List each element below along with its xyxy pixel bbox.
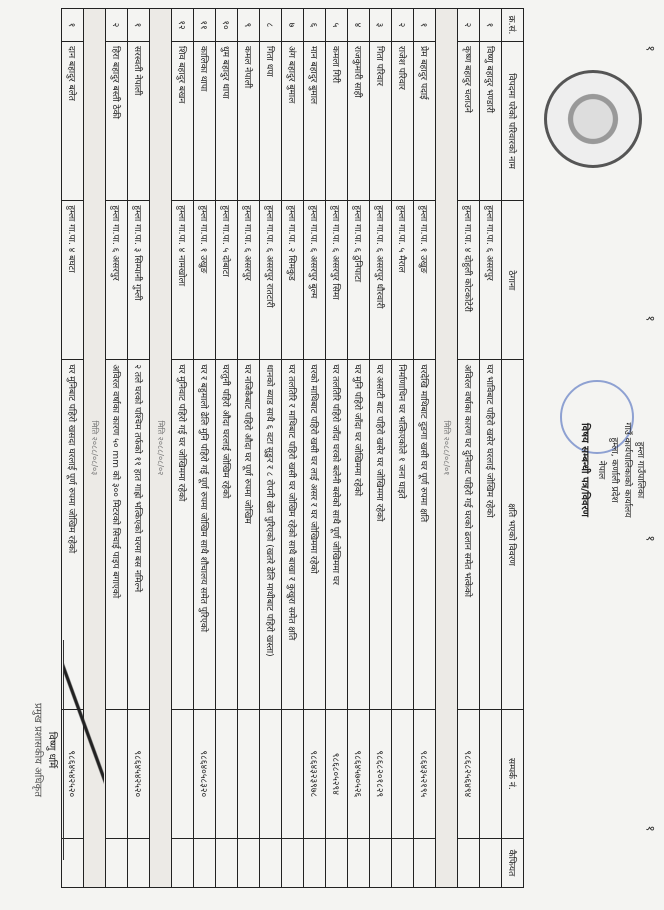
contact-number-cell: ९८६४३२३९७८ xyxy=(304,709,326,838)
serial-number-cell: ११ xyxy=(194,9,216,42)
damage-description-cell: घर असाटी बाट पहिरो खसेर घर जोखिममा रहेको xyxy=(370,360,392,709)
damage-description-cell: घर तलतिरि पहिरो जाँदा घरको बलेनी बसेको स… xyxy=(326,360,348,709)
serial-number-cell: १ xyxy=(480,9,502,42)
table-header-row: क्र.सं. विपदमा परेकाे परिवारको नाम ठेगान… xyxy=(502,9,524,888)
serial-number-cell: १ xyxy=(128,9,150,42)
family-name-cell: सरस्वती नेपाली xyxy=(128,42,150,201)
damage-description-cell: निर्माणाधिन घर भत्किएकोले १ जना घाइते xyxy=(392,360,414,709)
address-cell: हुम्ला गा.पा. ६ असरपुर सिमा xyxy=(326,201,348,360)
date-separator-row: मिति २०८८/०८/०२ xyxy=(150,9,172,888)
serial-number-cell: २ xyxy=(458,9,480,42)
damage-table: क्र.सं. विपदमा परेकाे परिवारको नाम ठेगान… xyxy=(61,8,524,888)
family-name-cell: गिता धपा xyxy=(260,42,282,201)
address-cell: हुम्ला गा.पा. १ उखुङ xyxy=(414,201,436,360)
table-row: १२शिव बहादुर बखनहुम्ला गा.पा. ४ नामखोलाघ… xyxy=(172,9,194,888)
serial-number-cell: १० xyxy=(216,9,238,42)
damage-description-cell: घरदेखि माथिबाट दुङगा खसी घर पूर्ण रुपमा … xyxy=(414,360,436,709)
contact-number-cell: ९८६४३५२१९५ xyxy=(414,709,436,838)
table-body: १विष्णु बहादुर भण्डारीहुम्ला गा.पा. ६ अस… xyxy=(62,9,502,888)
address-cell: हुम्ला गा.पा. ६ असरपुर xyxy=(106,201,128,360)
serial-number-cell: ८ xyxy=(260,9,282,42)
contact-number-cell xyxy=(216,709,238,838)
family-name-cell: कृष्ण बहादुर चलाउने xyxy=(458,42,480,201)
table-row: ४राजकुमारी साहीहुम्ला गा.पा. ६ ठुनिपाटाघ… xyxy=(348,9,370,888)
serial-number-cell: १२ xyxy=(172,9,194,42)
serial-number-cell: ३ xyxy=(370,9,392,42)
remarks-cell xyxy=(172,838,194,887)
signatory-name: विष्णु धर्मि xyxy=(46,640,60,860)
family-name-cell: गिता परिवार xyxy=(370,42,392,201)
remarks-cell xyxy=(392,838,414,887)
family-name-cell: शिव बहादुर बखन xyxy=(172,42,194,201)
address-cell: हुम्ला गा.पा. ४ नामखोला xyxy=(172,201,194,360)
remarks-cell xyxy=(414,838,436,887)
serial-number-cell: ५ xyxy=(326,9,348,42)
date-label: मिति २०८८/०८/०२ xyxy=(150,9,172,888)
damage-description-cell: घर नजिकैबाट पहिरो औदा घर पूर्ण रुपमा जोख… xyxy=(238,360,260,709)
serial-number-cell: २ xyxy=(392,9,414,42)
contact-number-cell xyxy=(172,709,194,838)
address-cell: हुम्ला गा.पा. ६ असरपुर धौरवारी xyxy=(370,201,392,360)
family-name-cell: दान बहादुर बलेत xyxy=(62,42,84,201)
family-name-cell: प्रेम बहादुर पदाई xyxy=(414,42,436,201)
serial-number-cell: ४ xyxy=(348,9,370,42)
serial-number-cell: १ xyxy=(62,9,84,42)
damage-description-cell: घर तलतिरि र माथिबाट पहिरो खसी घर जोखिम र… xyxy=(282,360,304,709)
table-row: ३गिता परिवारहुम्ला गा.पा. ६ असरपुर धौरवा… xyxy=(370,9,392,888)
office-block: हुम्ला गाउँपालिका गाउँ कार्यपालिकाको कार… xyxy=(578,340,646,600)
contact-number-cell: ९८६४०५८३२० xyxy=(194,709,216,838)
contact-number-cell: ९८६८०५२९४ xyxy=(326,709,348,838)
government-emblem-icon xyxy=(544,70,642,168)
signature-scribble xyxy=(63,640,104,860)
contact-number-cell: ९८६४५७०५२६ xyxy=(348,709,370,838)
remarks-cell xyxy=(282,838,304,887)
family-name-cell: कमल नेपाली xyxy=(238,42,260,201)
address-cell: हुम्ला गा.पा. ६ असरपुर xyxy=(238,201,260,360)
serial-number-cell: ७ xyxy=(282,9,304,42)
damage-description-cell: २ तले घरको पश्चिम तर्फको ११ हात गाह्रो भ… xyxy=(128,360,150,709)
table-row: ७अंग बहादुर बुमालहुम्ला गा.पा. २ सिमकुडघ… xyxy=(282,9,304,888)
table-row: ६मान बहादुर बुमालहुम्ला गा.पा. ६ असरपुर … xyxy=(304,9,326,888)
contact-number-cell xyxy=(282,709,304,838)
remarks-cell xyxy=(194,838,216,887)
table-row: ११कालिका थापाहुम्ला गा.पा. १ उखुङघर र बह… xyxy=(194,9,216,888)
contact-number-cell xyxy=(480,709,502,838)
family-name-cell: हिरा बहादुर बस्ती ठेकी xyxy=(106,42,128,201)
table-row: १सरस्वती नेपालीहुम्ला गा.पा. ३ सिम्पानी … xyxy=(128,9,150,888)
table-row: २कृष्ण बहादुर चलाउनेहुम्ला गा.पा. ४ दोहु… xyxy=(458,9,480,888)
remarks-cell xyxy=(480,838,502,887)
date-separator-row: मिति २०८८/०८/०१ xyxy=(436,9,458,888)
family-name-cell: विष्णु बहादुर भण्डारी xyxy=(480,42,502,201)
table-row: १विष्णु बहादुर भण्डारीहुम्ला गा.पा. ६ अस… xyxy=(480,9,502,888)
address-cell: हुम्ला गा.पा. ६ असरपुर xyxy=(480,201,502,360)
family-name-cell: कालिका थापा xyxy=(194,42,216,201)
damage-description-cell: घर मुनिवाट पहिरो गई घर जोखिममा रहेको xyxy=(172,360,194,709)
serial-number-cell: १ xyxy=(414,9,436,42)
column-header: कैफियत xyxy=(502,838,524,887)
serial-number-cell: ६ xyxy=(304,9,326,42)
remarks-cell xyxy=(128,838,150,887)
damage-description-cell: घर भाविबाट पहिरो खसेर घरलाई जोखिम रहेको xyxy=(480,360,502,709)
address-cell: हुम्ला गा.पा. ५ दोबाटा xyxy=(216,201,238,360)
remarks-cell xyxy=(458,838,480,887)
address-cell: हुम्ला गा.पा. २ सिमकुड xyxy=(282,201,304,360)
contact-number-cell: ९८६८२०१८२९ xyxy=(370,709,392,838)
contact-number-cell: ९८६४५४२५२० xyxy=(128,709,150,838)
office-line: हुम्ला गाउँपालिका xyxy=(633,340,646,600)
damage-description-cell: घर र बहुमालो ढेलि मुनि पहिरो गई पूर्ण रु… xyxy=(194,360,216,709)
remarks-cell xyxy=(238,838,260,887)
remarks-cell xyxy=(304,838,326,887)
remarks-cell xyxy=(326,838,348,887)
table-row: १०धुम बहादुर धापाहुम्ला गा.पा. ५ दोबाटाघ… xyxy=(216,9,238,888)
signatory-title: प्रमुख प्रशासकीय अधिकृत xyxy=(32,640,46,860)
address-cell: हुम्ला गा.पा. ६ ठुनिपाटा xyxy=(348,201,370,360)
table-row: २हिरा बहादुर बस्ती ठेकीहुम्ला गा.पा. ६ अ… xyxy=(106,9,128,888)
column-header: क्षति भएको विवरण xyxy=(502,360,524,709)
contact-number-cell xyxy=(392,709,414,838)
serial-number-cell: ९ xyxy=(238,9,260,42)
column-header: ठेगाना xyxy=(502,201,524,360)
address-cell: हुम्ला गा.पा. ६ असरपुर रातटारी xyxy=(260,201,282,360)
address-cell: हुम्ला गा.पा. ६ असरपुर बुल्म xyxy=(304,201,326,360)
address-cell: हुम्ला गा.पा. ४ बघटा xyxy=(62,201,84,360)
serial-number-cell: २ xyxy=(106,9,128,42)
family-name-cell: राजेश परिवार xyxy=(392,42,414,201)
damage-description-cell: घरतुनी पहिरो औदा घरलाई जोखिम रहेको xyxy=(216,360,238,709)
document-sheet: हुम्ला गाउँपालिका गाउँ कार्यपालिकाको कार… xyxy=(0,0,664,910)
family-name-cell: राजकुमारी साही xyxy=(348,42,370,201)
contact-number-cell xyxy=(106,709,128,838)
contact-number-cell: ९८६८२५६४९४ xyxy=(458,709,480,838)
damage-description-cell: अविरल वर्षाका कारण ५० mm को ३०० मिटरको स… xyxy=(106,360,128,709)
column-header: विपदमा परेकाे परिवारको नाम xyxy=(502,42,524,201)
family-name-cell: कमला गिरी xyxy=(326,42,348,201)
family-name-cell: मान बहादुर बुमाल xyxy=(304,42,326,201)
contact-number-cell xyxy=(238,709,260,838)
date-label: मिति २०८८/०८/०१ xyxy=(436,9,458,888)
document-header: हुम्ला गाउँपालिका गाउँ कार्यपालिकाको कार… xyxy=(524,0,664,910)
address-cell: हुम्ला गा.पा. १ उखुङ xyxy=(194,201,216,360)
contact-number-cell xyxy=(260,709,282,838)
remarks-cell xyxy=(260,838,282,887)
remarks-cell xyxy=(106,838,128,887)
damage-description-cell: अविरल वर्षाका कारण घर दुनिवाट पहिरो गई घ… xyxy=(458,360,480,709)
remarks-cell xyxy=(216,838,238,887)
remarks-cell xyxy=(370,838,392,887)
family-name-cell: अंग बहादुर बुमाल xyxy=(282,42,304,201)
remarks-cell xyxy=(348,838,370,887)
table-row: २राजेश परिवारहुम्ला गा.पा. ५ मैरालनिर्मा… xyxy=(392,9,414,888)
table-row: ५कमला गिरीहुम्ला गा.पा. ६ असरपुर सिमाघर … xyxy=(326,9,348,888)
damage-description-cell: घर मुनि पहिरो जाँदा घर जोखिममा रहेको xyxy=(348,360,370,709)
table-row: ९कमल नेपालीहुम्ला गा.पा. ६ असरपुरघर नजिक… xyxy=(238,9,260,888)
damage-description-cell: धानको ब्याड साथै ६ वटा सुङुर र ८ रोपनी ख… xyxy=(260,360,282,709)
column-header: सम्पर्क नं. xyxy=(502,709,524,838)
family-name-cell: धुम बहादुर धापा xyxy=(216,42,238,201)
document-subject: विषय सम्बन्धी पत्र/विवरण xyxy=(578,340,591,600)
address-cell: हुम्ला गा.पा. ४ दोहुली कोटकोटेरी xyxy=(458,201,480,360)
signature-block: विष्णु धर्मि प्रमुख प्रशासकीय अधिकृत xyxy=(32,640,104,860)
table-row: ८गिता धपाहुम्ला गा.पा. ६ असरपुर रातटारीध… xyxy=(260,9,282,888)
office-line: नेपाल xyxy=(594,340,607,600)
damage-description-cell: घरको माथिबाट पहिरो खसी घर लाई असर र घर ज… xyxy=(304,360,326,709)
address-cell: हुम्ला गा.पा. ५ मैराल xyxy=(392,201,414,360)
office-line: हुम्ला, कर्णाली प्रदेश xyxy=(607,340,620,600)
table-row: १प्रेम बहादुर पदाईहुम्ला गा.पा. १ उखुङघर… xyxy=(414,9,436,888)
office-line: गाउँ कार्यपालिकाको कार्यालय xyxy=(620,340,633,600)
column-header: क्र.सं. xyxy=(502,9,524,42)
address-cell: हुम्ला गा.पा. ३ सिम्पानी गुम्ली xyxy=(128,201,150,360)
